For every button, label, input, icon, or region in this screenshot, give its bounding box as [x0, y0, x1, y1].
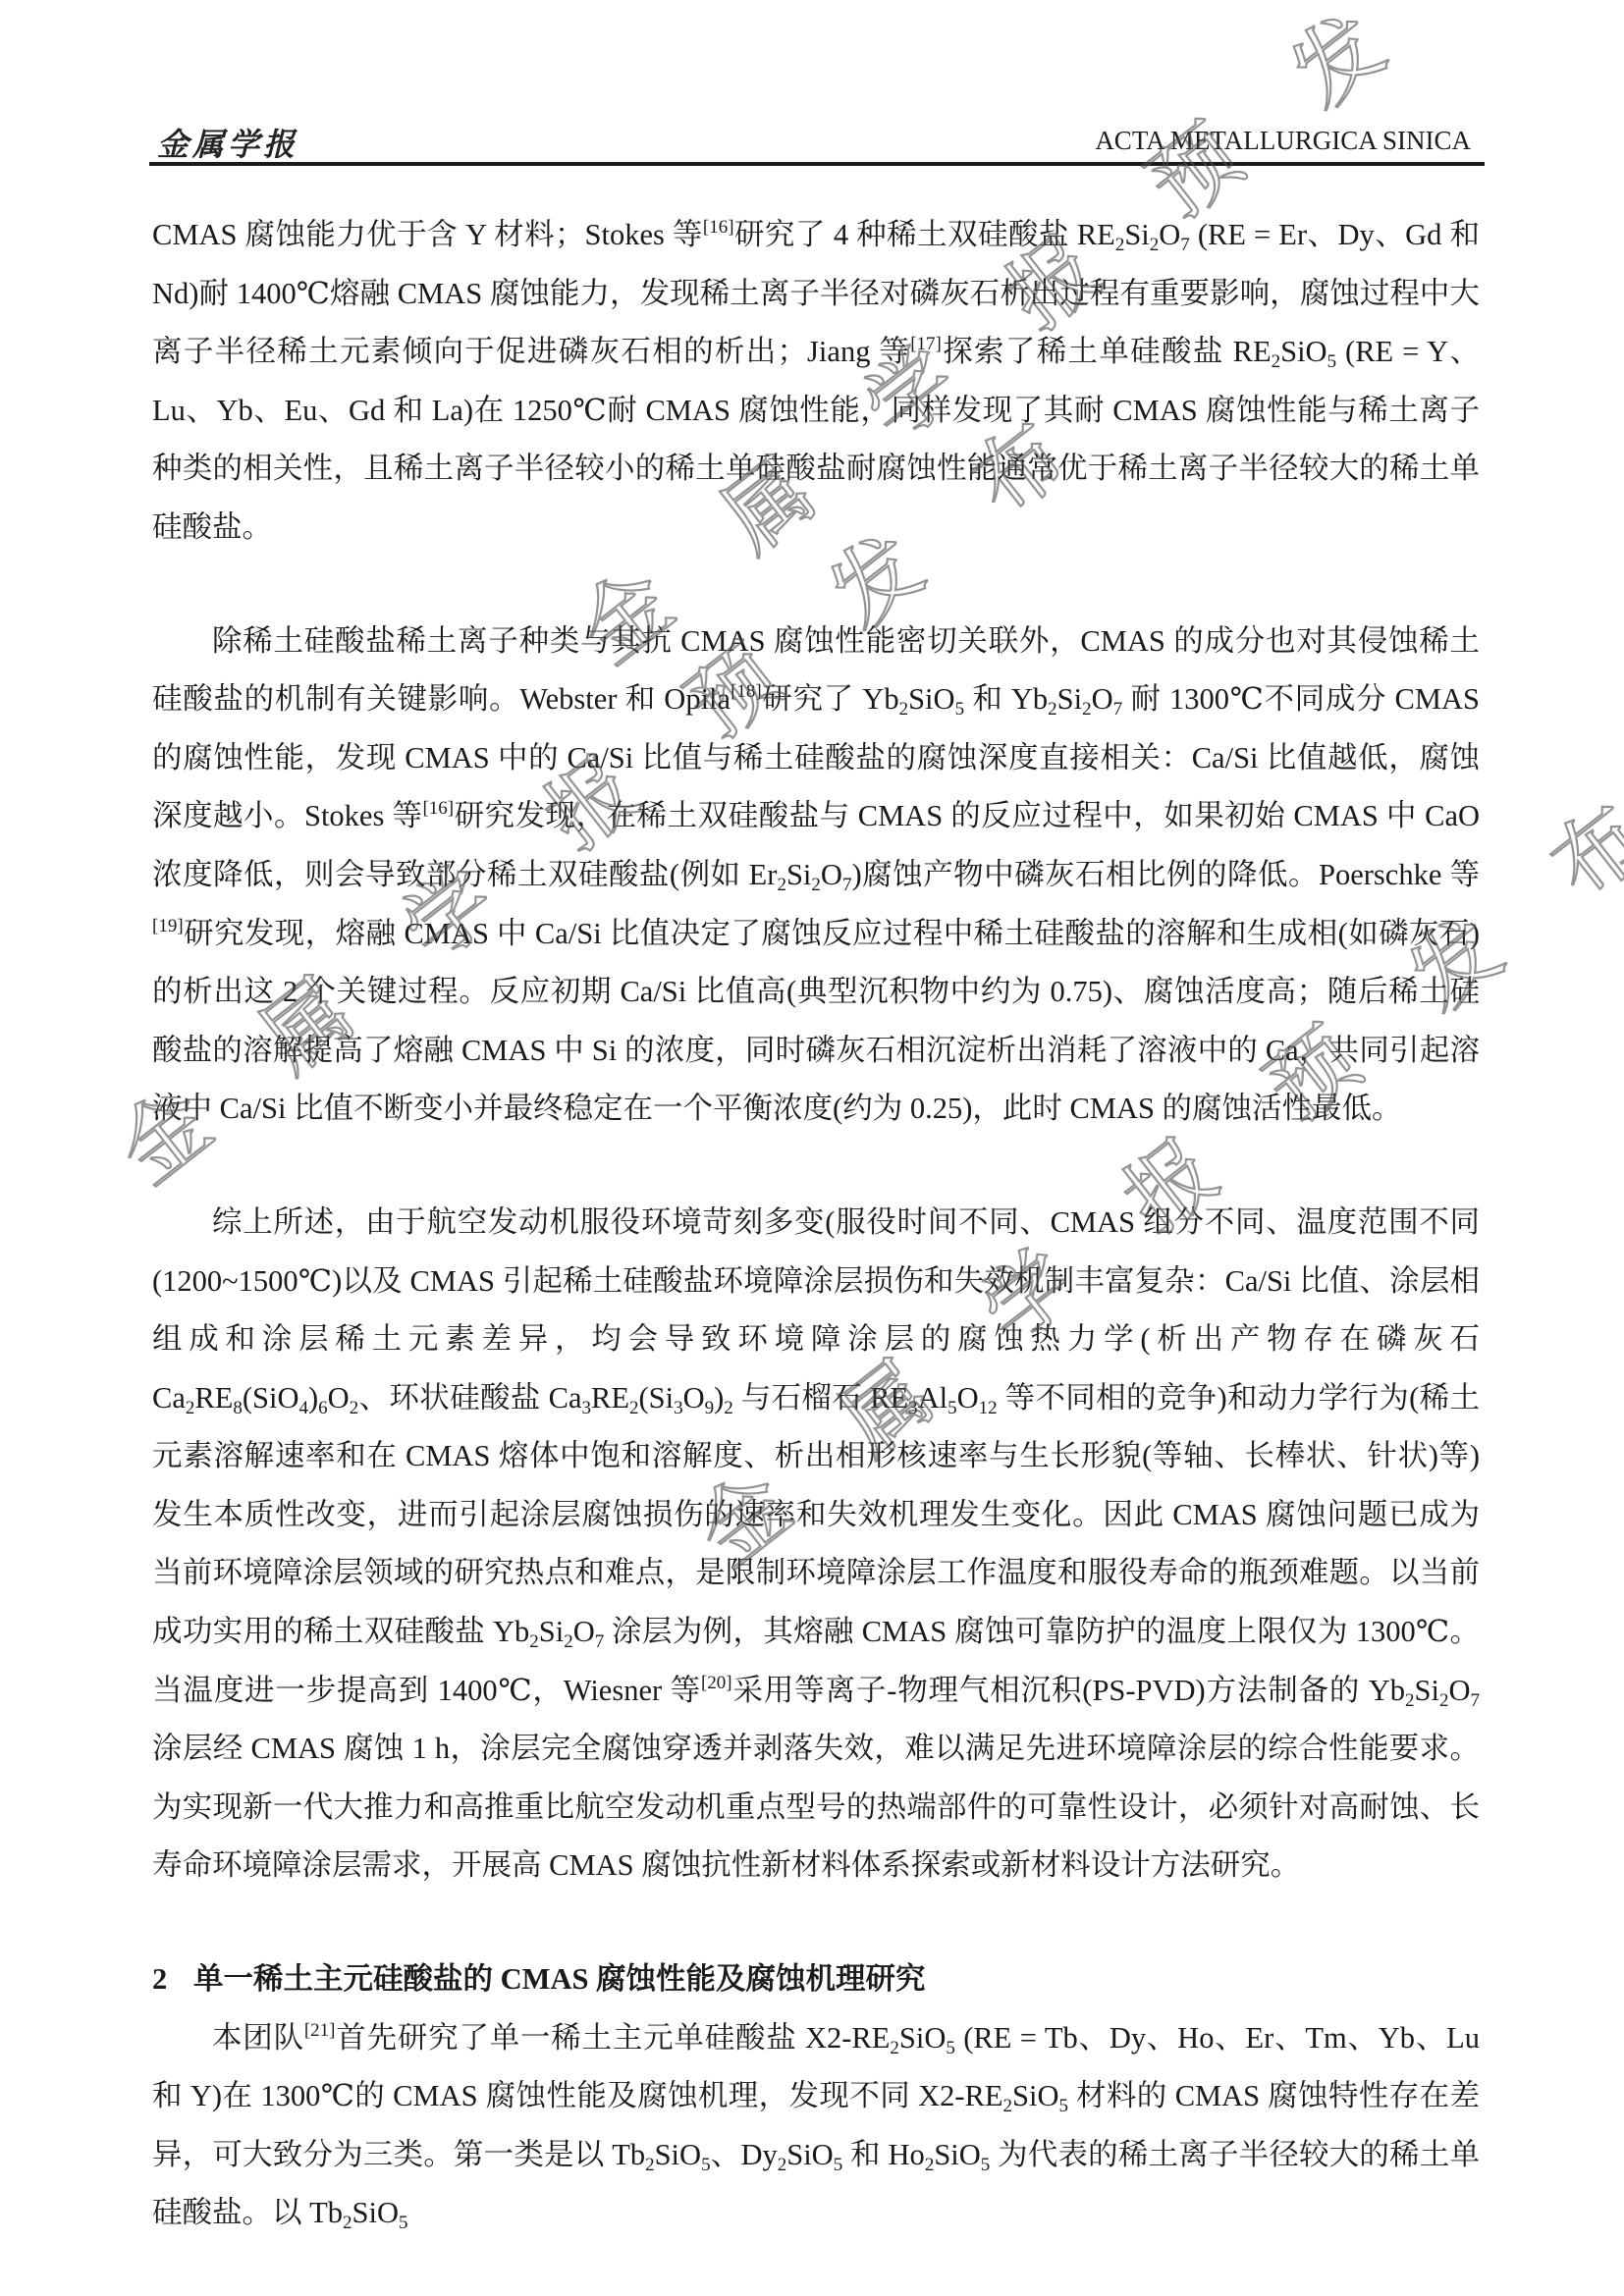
section-title: 单一稀土主元硅酸盐的 CMAS 腐蚀性能及腐蚀机理研究 [193, 1962, 926, 1996]
journal-logo: 金属学报 [157, 120, 298, 165]
paragraph-cmas-composition: 除稀土硅酸盐稀土离子种类与其抗 CMAS 腐蚀性能密切关联外，CMAS 的成分也… [152, 613, 1480, 1139]
journal-name: ACTA METALLURGICA SINICA [1095, 126, 1471, 156]
page-header: 金属学报 ACTA METALLURGICA SINICA [149, 116, 1485, 163]
section-heading: 2单一稀土主元硅酸盐的 CMAS 腐蚀性能及腐蚀机理研究 [152, 1950, 1480, 2009]
section-number: 2 [152, 1950, 193, 2009]
paragraph-summary: 综上所述，由于航空发动机服役环境苛刻多变(服役时间不同、CMAS 组分不同、温度… [152, 1194, 1480, 1896]
paragraph-continued: CMAS 腐蚀能力优于含 Y 材料；Stokes 等[16]研究了 4 种稀土双… [152, 206, 1480, 558]
article-body: CMAS 腐蚀能力优于含 Y 材料；Stokes 等[16]研究了 4 种稀土双… [152, 206, 1480, 2243]
paragraph-team-study: 本团队[21]首先研究了单一稀土主元单硅酸盐 X2-RE2SiO5 (RE = … [152, 2009, 1480, 2243]
header-rule [149, 162, 1485, 166]
